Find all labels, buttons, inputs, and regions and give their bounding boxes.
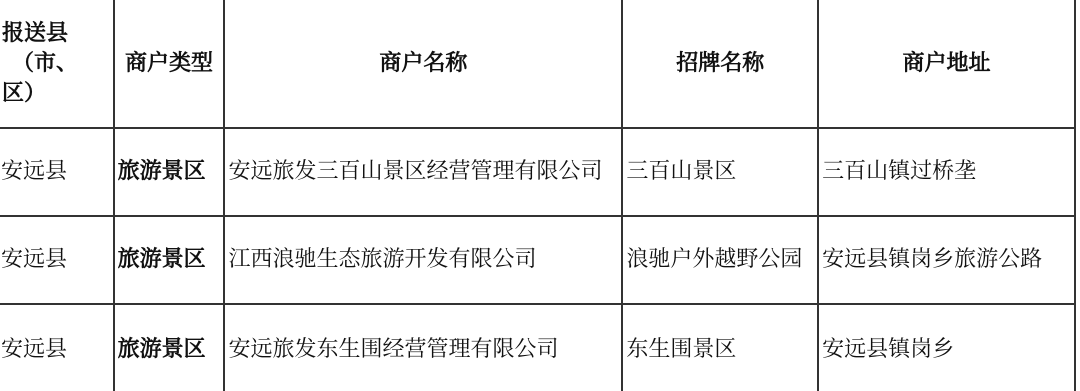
- merchant-table: 报送县 （市、 区） 商户类型 商户名称 招牌名称 商户地址 安远县 旅游景区 …: [0, 0, 1076, 391]
- cell-address: 安远县镇岗乡旅游公路: [818, 216, 1075, 304]
- cell-type: 旅游景区: [114, 304, 225, 391]
- cell-type: 旅游景区: [114, 128, 225, 216]
- table-row: 安远县 旅游景区 江西浪驰生态旅游开发有限公司 浪驰户外越野公园 安远县镇岗乡旅…: [0, 216, 1075, 304]
- table-row: 安远县 旅游景区 安远旅发东生围经营管理有限公司 东生围景区 安远县镇岗乡: [0, 304, 1075, 391]
- header-sign: 招牌名称: [622, 0, 818, 128]
- header-county: 报送县 （市、 区）: [0, 0, 114, 128]
- header-row: 报送县 （市、 区） 商户类型 商户名称 招牌名称 商户地址: [0, 0, 1075, 128]
- header-name: 商户名称: [224, 0, 622, 128]
- cell-sign: 浪驰户外越野公园: [622, 216, 818, 304]
- cell-name: 安远旅发东生围经营管理有限公司: [224, 304, 622, 391]
- header-county-line: （市、: [2, 49, 110, 79]
- table-row: 安远县 旅游景区 安远旅发三百山景区经营管理有限公司 三百山景区 三百山镇过桥垄: [0, 128, 1075, 216]
- cell-address: 安远县镇岗乡: [818, 304, 1075, 391]
- cell-name: 江西浪驰生态旅游开发有限公司: [224, 216, 622, 304]
- cell-sign: 东生围景区: [622, 304, 818, 391]
- cell-county: 安远县: [0, 216, 114, 304]
- header-type: 商户类型: [114, 0, 225, 128]
- header-county-line: 报送县: [2, 19, 110, 49]
- cell-address: 三百山镇过桥垄: [818, 128, 1075, 216]
- header-county-line: 区）: [2, 79, 110, 109]
- cell-county: 安远县: [0, 304, 114, 391]
- cell-county: 安远县: [0, 128, 114, 216]
- cell-name: 安远旅发三百山景区经营管理有限公司: [224, 128, 622, 216]
- cell-sign: 三百山景区: [622, 128, 818, 216]
- cell-type: 旅游景区: [114, 216, 225, 304]
- header-address: 商户地址: [818, 0, 1075, 128]
